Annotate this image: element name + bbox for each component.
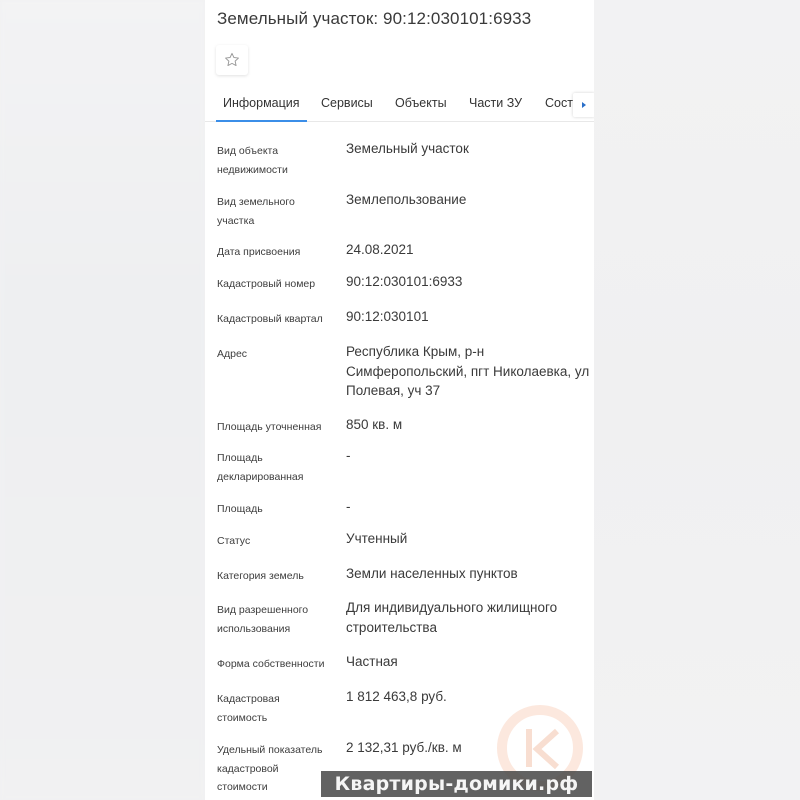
info-value: 1 812 463,8 руб. <box>346 687 591 707</box>
info-value: 90:12:030101 <box>346 307 591 327</box>
caret-right-icon <box>582 102 586 108</box>
info-value: 90:12:030101:6933 <box>346 272 591 292</box>
watermark-k-icon <box>523 723 563 773</box>
tab-objects[interactable]: Объекты <box>395 96 447 110</box>
info-value: - <box>346 446 591 466</box>
info-value: Землепользование <box>346 190 591 210</box>
info-value: Частная <box>346 652 591 672</box>
tab-bar: Информация Сервисы Объекты Части ЗУ Сост… <box>205 85 594 122</box>
tab-scroll-right-button[interactable] <box>573 93 594 117</box>
star-outline-icon <box>223 51 241 69</box>
info-value: Земли населенных пунктов <box>346 564 591 584</box>
info-label: Площадь <box>217 500 332 519</box>
info-value: - <box>346 497 591 517</box>
favorite-button[interactable] <box>216 45 248 75</box>
info-label: Категория земель <box>217 567 332 586</box>
tab-parts[interactable]: Части ЗУ <box>469 96 522 110</box>
info-label: Дата присвоения <box>217 243 332 262</box>
info-label: Адрес <box>217 345 332 364</box>
watermark-text: Квартиры-домики.рф <box>321 771 592 797</box>
info-value: Для индивидуального жилищного строительс… <box>346 598 591 637</box>
info-label: Кадастровый квартал <box>217 310 332 329</box>
info-label: Площадь декларированная <box>217 449 332 486</box>
info-label: Удельный показатель кадастровой стоимост… <box>217 741 332 797</box>
background-left <box>0 0 205 800</box>
info-label: Кадастровая стоимость <box>217 690 332 727</box>
info-label: Площадь уточненная <box>217 418 332 437</box>
info-label: Вид объекта недвижимости <box>217 142 332 179</box>
info-value: Республика Крым, р-н Симферопольский, пг… <box>346 342 591 401</box>
info-panel: Земельный участок: 90:12:030101:6933 Инф… <box>205 0 594 800</box>
tab-services[interactable]: Сервисы <box>321 96 373 110</box>
info-value: 850 кв. м <box>346 415 591 435</box>
info-label: Кадастровый номер <box>217 275 332 294</box>
info-value: 24.08.2021 <box>346 240 591 260</box>
info-label: Вид земельного участка <box>217 193 332 230</box>
info-value: Земельный участок <box>346 139 591 159</box>
info-label: Форма собственности <box>217 655 332 674</box>
info-value: Учтенный <box>346 529 591 549</box>
background-right <box>594 0 800 800</box>
tab-information[interactable]: Информация <box>223 96 300 110</box>
info-label: Статус <box>217 532 332 551</box>
page-title: Земельный участок: 90:12:030101:6933 <box>217 9 531 29</box>
info-label: Вид разрешенного использования <box>217 601 332 638</box>
